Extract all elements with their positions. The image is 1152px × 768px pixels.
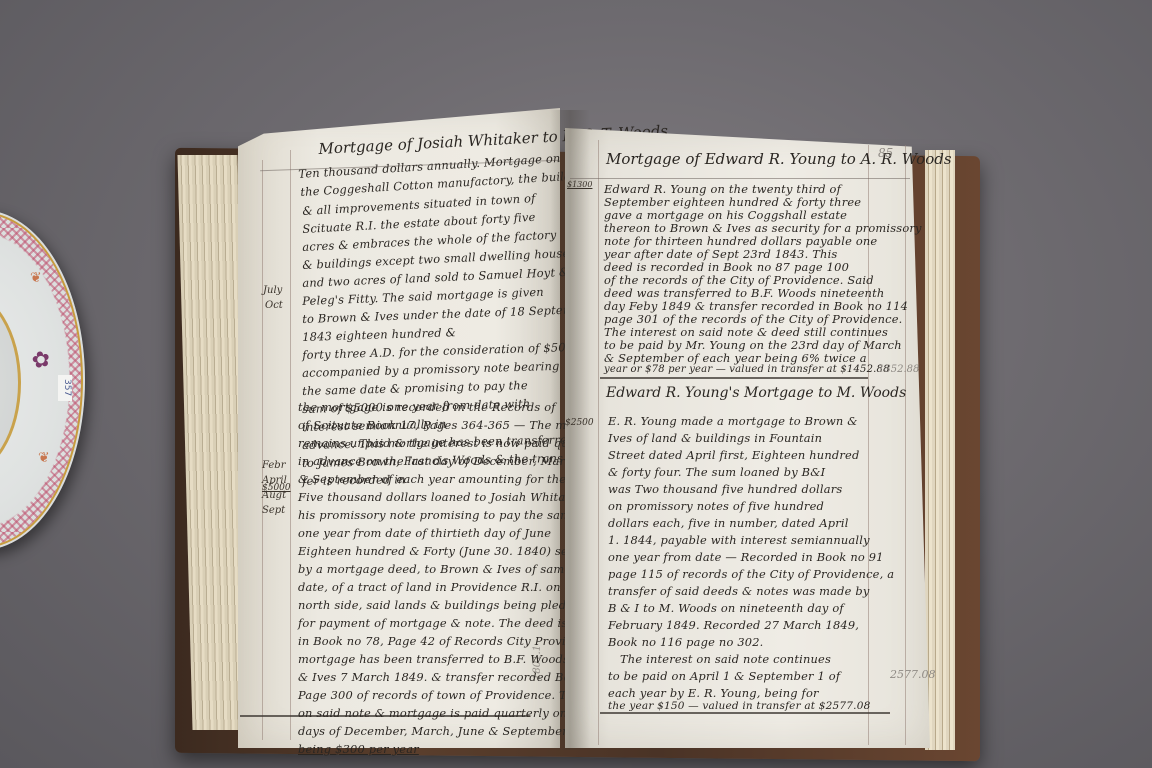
text-line: transfer of said deeds & notes was made … bbox=[608, 584, 870, 598]
text-line: September eighteen hundred & forty three bbox=[604, 195, 861, 209]
text-line: days of December, March, June & Septembe… bbox=[298, 724, 568, 738]
text-line: his promissory note promising to pay the… bbox=[298, 508, 578, 522]
margin-note: Febr bbox=[262, 460, 286, 471]
amount-label: $2500 bbox=[565, 418, 594, 428]
text-line: deed is recorded in Book no 87 page 100 bbox=[604, 260, 849, 274]
text-line: gave a mortgage on his Coggshall estate bbox=[604, 208, 847, 222]
margin-note: Sept bbox=[262, 505, 285, 516]
text-line: 1. 1844, payable with interest semiannua… bbox=[608, 533, 870, 547]
text-line: February 1849. Recorded 27 March 1849, bbox=[608, 618, 859, 632]
money-column-value: 1352.88 bbox=[878, 364, 919, 375]
floral-sprig-icon: ❦ bbox=[38, 450, 50, 466]
text-line: being $300 per year bbox=[298, 742, 419, 756]
text-line: Edward R. Young on the twenty third of bbox=[604, 182, 841, 196]
margin-rule bbox=[598, 140, 599, 745]
margin-rule bbox=[290, 150, 291, 740]
text-line: The interest on said note & deed still c… bbox=[604, 325, 888, 339]
book-gutter bbox=[550, 110, 590, 750]
text-line: on said note & mortgage is paid quarterl… bbox=[298, 706, 593, 720]
text-line: one year from date of thirtieth day of J… bbox=[298, 526, 551, 540]
text-line: The interest on said note continues bbox=[620, 652, 831, 666]
floral-sprig-icon: ❦ bbox=[30, 270, 42, 286]
heading-rule bbox=[570, 178, 910, 179]
text-line: year or $78 per year — valued in transfe… bbox=[604, 364, 890, 375]
text-line: Ives of land & buildings in Fountain bbox=[608, 431, 822, 445]
text-line: the mortgage is recorded in the Records … bbox=[298, 400, 556, 414]
text-line: thereon to Brown & Ives as security for … bbox=[604, 221, 922, 235]
text-line: & September of each year being 6% twice … bbox=[604, 351, 867, 365]
text-line: one year from date — Recorded in Book no… bbox=[608, 550, 884, 564]
text-line: note for thirteen hundred dollars payabl… bbox=[604, 234, 877, 248]
porcelain-plate: ❦ ❦ ✿ 357 bbox=[0, 210, 85, 550]
text-line: dollars each, five in number, dated Apri… bbox=[608, 516, 849, 530]
text-line: year after date of Sept 23rd 1843. This bbox=[604, 247, 837, 261]
text-line: E. R. Young made a mortgage to Brown & bbox=[608, 414, 858, 428]
text-line: each year by E. R. Young, being for bbox=[608, 686, 819, 700]
text-line: by a mortgage deed, to Brown & Ives of s… bbox=[298, 562, 571, 576]
text-line: the year $150 — valued in transfer at $2… bbox=[608, 700, 870, 712]
page-number: 85 bbox=[878, 146, 893, 160]
text-line: north side, said lands & buildings being… bbox=[298, 598, 588, 612]
inventory-label: 357 bbox=[58, 375, 72, 401]
right-page-heading: Mortgage of Edward R. Young to A. R. Woo… bbox=[606, 150, 952, 168]
photo-scene: ❦ ❦ ✿ 357 Mortgage of Josiah Whitaker to… bbox=[0, 0, 1152, 768]
text-line: day Feby 1849 & transfer recorded in Boo… bbox=[604, 299, 908, 313]
text-line: to be paid on April 1 & September 1 of bbox=[608, 669, 840, 683]
money-column-value: 2577.08 bbox=[890, 668, 936, 681]
text-line: was Two thousand five hundred dollars bbox=[608, 482, 842, 496]
text-line: page 301 of the records of the City of P… bbox=[604, 312, 903, 326]
money-column-rule bbox=[905, 145, 906, 745]
text-line: & forty four. The sum loaned by B&I bbox=[608, 465, 825, 479]
amount-label: $5000 bbox=[262, 483, 291, 493]
text-line: page 115 of records of the City of Provi… bbox=[608, 567, 894, 581]
text-line: Street dated April first, Eighteen hundr… bbox=[608, 448, 859, 462]
margin-rule bbox=[262, 160, 263, 740]
text-line: B & I to M. Woods on nineteenth day of bbox=[608, 601, 844, 615]
amount-label: $1300 bbox=[567, 180, 592, 189]
entry-heading: Edward R. Young's Mortgage to M. Woods bbox=[606, 385, 906, 401]
entry-end-rule bbox=[600, 377, 868, 379]
text-line: Book no 116 page no 302. bbox=[608, 635, 764, 649]
margin-note: Oct bbox=[265, 300, 283, 311]
text-line: of the records of the City of Providence… bbox=[604, 273, 874, 287]
text-line: deed was transferred to B.F. Woods ninet… bbox=[604, 286, 884, 300]
page-stack-right bbox=[925, 150, 955, 750]
margin-note: July bbox=[263, 285, 282, 296]
text-line: on promissory notes of five hundred bbox=[608, 499, 824, 513]
text-line: to be paid by Mr. Young on the 23rd day … bbox=[604, 338, 902, 352]
entry-end-rule bbox=[600, 712, 890, 714]
